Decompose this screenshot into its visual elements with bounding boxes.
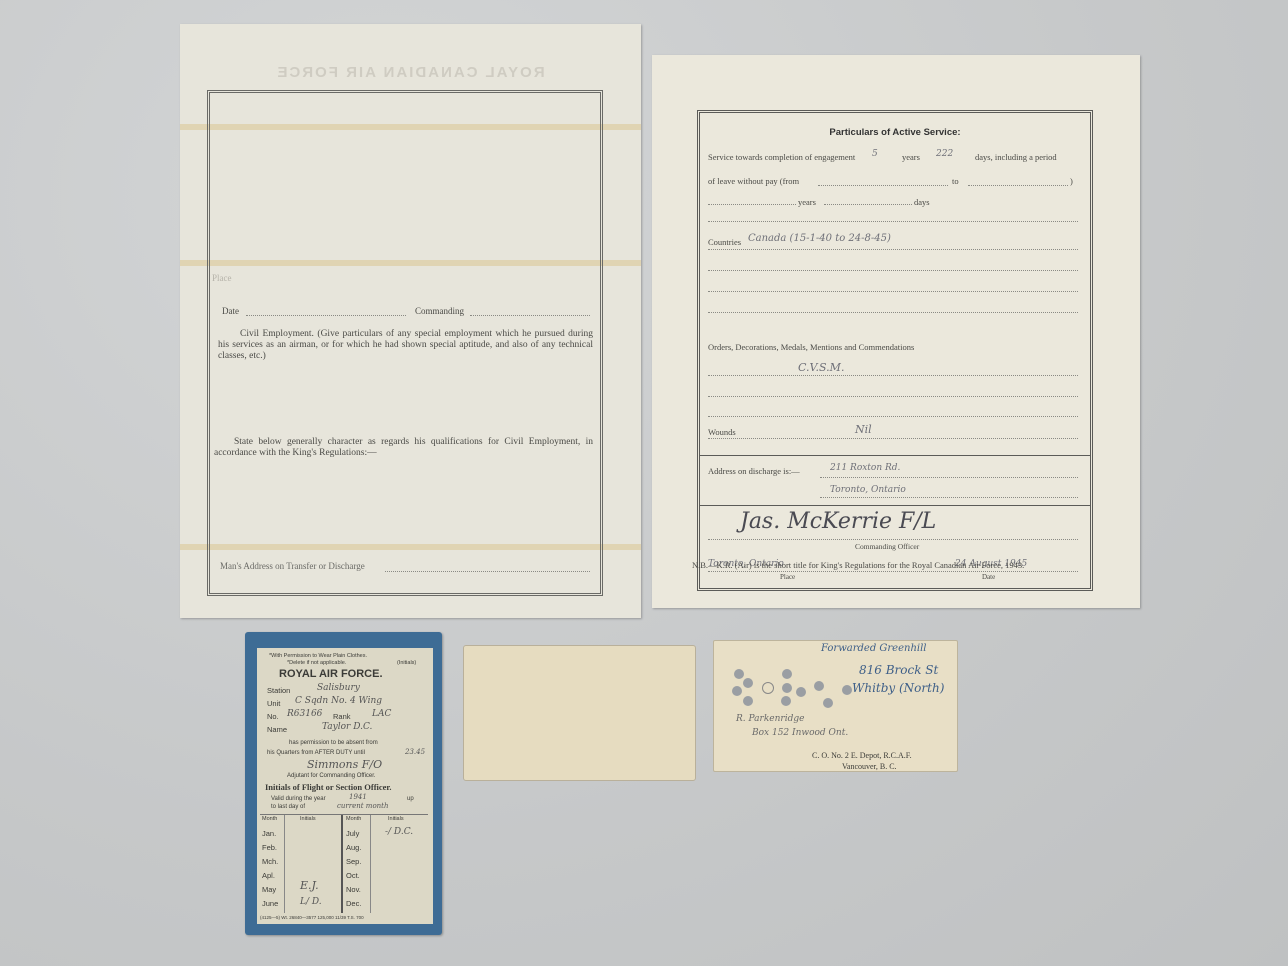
forwarded-line: Forwarded Greenhill <box>821 643 926 654</box>
month-sep: Sep. <box>346 857 361 866</box>
service-days-value: 222 <box>936 149 953 159</box>
rule <box>708 249 1078 250</box>
month-mch: Mch. <box>262 857 278 866</box>
month-nov: Nov. <box>346 885 361 894</box>
rule <box>708 571 1078 572</box>
up-label: up <box>407 796 414 802</box>
initials-tag: (Initials) <box>397 660 416 666</box>
punch-hole <box>842 685 852 695</box>
place-label: Place <box>212 273 232 283</box>
col-divider <box>284 815 285 913</box>
address-line-1: 211 Roxton Rd. <box>830 463 900 473</box>
pencil-name-line: R. Parkenridge <box>736 714 804 724</box>
valid-year: 1941 <box>349 793 367 801</box>
form-frame: Place Date Commanding Civil Employment. … <box>207 90 603 596</box>
section-divider <box>700 455 1090 456</box>
month-dec: Dec. <box>346 899 361 908</box>
printed-city-line: Vancouver, B. C. <box>842 762 897 771</box>
blank-card <box>463 645 696 781</box>
rule <box>708 438 1078 439</box>
form-frame: Particulars of Active Service: Service t… <box>697 110 1093 591</box>
orders-value: C.V.S.M. <box>798 361 844 374</box>
pass-title: ROYAL AIR FORCE. <box>279 668 383 680</box>
service-label: Service towards completion of engagement <box>708 152 855 162</box>
initials-may: E.J. <box>300 879 319 892</box>
name-value: Taylor D.C. <box>322 722 372 732</box>
leave-close: ) <box>1070 176 1073 186</box>
month-oct: Oct. <box>346 871 360 880</box>
address-line-2: Toronto, Ontario <box>830 485 906 495</box>
initials-heading: Initials of Flight or Section Officer. <box>265 782 392 792</box>
years-label: years <box>902 152 920 162</box>
month-initials-table: Month Initials Month Initials Jan. Feb. … <box>260 814 428 913</box>
rule <box>708 539 1078 540</box>
countries-label: Countries <box>708 237 741 247</box>
pencil-address-line: Box 152 Inwood Ont. <box>752 728 848 738</box>
col-divider <box>341 815 343 913</box>
years-line <box>708 204 796 205</box>
raf-pass-card: *With Permission to Wear Plain Clothes. … <box>245 632 442 935</box>
month-jan: Jan. <box>262 829 276 838</box>
number-value: R63166 <box>287 709 322 719</box>
ghost-header: ROYAL CANADIAN AIR FORCE <box>240 64 580 81</box>
header-initials: Initials <box>388 816 404 822</box>
adjutant-signature: Simmons F/O <box>307 758 382 771</box>
last-day-value: current month <box>337 802 389 810</box>
rule <box>820 477 1078 478</box>
punch-hole <box>814 681 824 691</box>
leave-to-line <box>968 185 1068 186</box>
punch-hole <box>734 669 744 679</box>
punch-hole <box>823 698 833 708</box>
rule <box>708 270 1078 271</box>
header-month: Month <box>346 816 361 822</box>
rank-value: LAC <box>372 709 391 719</box>
days-label: days <box>914 197 930 207</box>
punch-hole <box>743 696 753 706</box>
countries-value: Canada (15-1-40 to 24-8-45) <box>748 233 891 244</box>
valid-label: Valid during the year <box>271 796 326 802</box>
wounds-value: Nil <box>855 423 872 436</box>
date-label: Date <box>982 573 995 581</box>
punch-hole <box>743 678 753 688</box>
initials-june: L/ D. <box>300 897 322 907</box>
date-line <box>246 315 406 316</box>
rule <box>708 291 1078 292</box>
rule <box>708 312 1078 313</box>
state-below-text: State below generally character as regar… <box>214 437 593 459</box>
punch-hole <box>796 687 806 697</box>
particulars-of-active-service-form: Particulars of Active Service: Service t… <box>652 55 1140 608</box>
address-line <box>385 571 590 572</box>
rank-label: Rank <box>333 712 351 721</box>
section-divider <box>700 505 1090 506</box>
commanding-officer-signature: Jas. McKerrie F/L <box>740 509 936 534</box>
permission-until: 23.45 <box>405 748 425 756</box>
last-day-label: to last day of <box>271 804 305 810</box>
rule <box>708 375 1078 376</box>
col-divider <box>370 815 371 913</box>
years-label-2: years <box>798 197 816 207</box>
days-line <box>824 204 912 205</box>
co-label: Commanding Officer <box>855 542 919 551</box>
leave-from-line <box>818 185 948 186</box>
forwarding-address-card: Forwarded Greenhill 816 Brock St Whitby … <box>713 640 958 772</box>
form-title: Particulars of Active Service: <box>700 127 1090 138</box>
adjutant-label: Adjutant for Commanding Officer. <box>287 773 376 779</box>
punch-hole <box>762 682 774 694</box>
name-label: Name <box>267 725 287 734</box>
station-value: Salisbury <box>317 683 360 693</box>
permission-line-1: has permission to be absent from <box>289 740 378 746</box>
commanding-line <box>470 315 590 316</box>
punch-hole <box>782 669 792 679</box>
town-line: Whitby (North) <box>852 681 944 695</box>
rule <box>708 416 1078 417</box>
plain-clothes-note: *With Permission to Wear Plain Clothes. <box>269 653 367 659</box>
orders-label: Orders, Decorations, Medals, Mentions an… <box>708 342 914 352</box>
permission-line-2: his Quarters from AFTER DUTY until <box>267 750 365 756</box>
address-discharge-label: Address on discharge is:— <box>708 466 800 476</box>
civil-employment-text: Civil Employment. (Give particulars of a… <box>218 329 593 362</box>
header-month: Month <box>262 816 277 822</box>
footnote: N.B.—K.R. (Air) is the short title for K… <box>692 560 1024 570</box>
number-label: No. <box>267 712 279 721</box>
rule <box>708 396 1078 397</box>
month-apl: Apl. <box>262 871 275 880</box>
punch-hole <box>782 683 792 693</box>
rule <box>708 221 1078 222</box>
days-period-label: days, including a period <box>975 152 1057 162</box>
street-line: 816 Brock St <box>859 663 938 677</box>
pass-inner: *With Permission to Wear Plain Clothes. … <box>257 648 433 924</box>
address-label: Man's Address on Transfer or Discharge <box>220 561 365 571</box>
header-initials: Initials <box>300 816 316 822</box>
station-label: Station <box>267 686 290 695</box>
leave-label: of leave without pay (from <box>708 176 799 186</box>
place-label: Place <box>780 573 795 581</box>
month-feb: Feb. <box>262 843 277 852</box>
print-footer: (4125—5) Wt. 26840—3577 125,000 11/39 T.… <box>260 915 364 920</box>
discharge-form-reverse: ROYAL CANADIAN AIR FORCE Place Date Comm… <box>180 24 641 618</box>
printed-co-line: C. O. No. 2 E. Depot, R.C.A.F. <box>812 751 912 760</box>
service-years-value: 5 <box>872 149 878 159</box>
rule <box>820 497 1078 498</box>
month-june: June <box>262 899 278 908</box>
month-july: July <box>346 829 359 838</box>
date-label: Date <box>222 306 239 316</box>
wounds-label: Wounds <box>708 427 736 437</box>
commanding-label: Commanding <box>415 306 464 316</box>
leave-to-label: to <box>952 176 959 186</box>
delete-note: *Delete if not applicable. <box>287 660 346 666</box>
month-may: May <box>262 885 276 894</box>
punch-hole <box>781 696 791 706</box>
unit-value: C Sqdn No. 4 Wing <box>295 696 382 706</box>
unit-label: Unit <box>267 699 280 708</box>
initials-july: -/ D.C. <box>385 827 413 837</box>
punch-hole <box>732 686 742 696</box>
month-aug: Aug. <box>346 843 361 852</box>
